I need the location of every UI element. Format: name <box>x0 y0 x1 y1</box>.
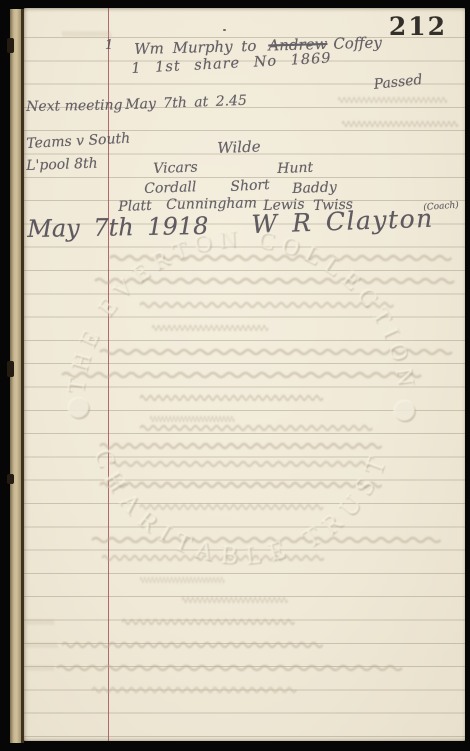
lineup-goalkeeper: Wilde <box>217 137 261 156</box>
binding-mark <box>7 361 14 377</box>
ink-dot <box>223 29 226 31</box>
next-meeting-label: Next meeting <box>26 97 123 115</box>
margin-tick: 1 <box>105 38 113 53</box>
chairman-signature: W R Clayton <box>251 204 434 239</box>
bleed-through-writing <box>24 8 465 741</box>
lineup-back: Hunt <box>277 160 313 177</box>
binding-mark <box>7 38 14 53</box>
meeting-date: May 7th 1918 <box>27 212 209 243</box>
teams-note-line2: L'pool 8th <box>26 156 98 174</box>
photo-background: 1 Wm Murphy toAndrewCoffey 1 1st share N… <box>0 0 470 751</box>
teams-note-line1: Teams v South <box>26 131 131 152</box>
lineup-halfback: Short <box>230 177 270 195</box>
ledger-page: 1 Wm Murphy toAndrewCoffey 1 1st share N… <box>24 8 465 741</box>
next-meeting-value: May 7th at 2.45 <box>125 93 247 113</box>
margin-line <box>108 8 109 741</box>
binding-edge <box>10 9 24 743</box>
lineup-forward: Cunningham <box>166 195 257 213</box>
page-number: 212 <box>389 12 447 41</box>
binding-mark <box>7 474 14 484</box>
passed-note: Passed <box>373 72 423 93</box>
transfer-post: Coffey <box>333 34 382 53</box>
lineup-halfback: Cordall <box>144 179 197 197</box>
lineup-back: Vicars <box>153 159 198 177</box>
lineup-halfback: Baddy <box>292 179 337 197</box>
